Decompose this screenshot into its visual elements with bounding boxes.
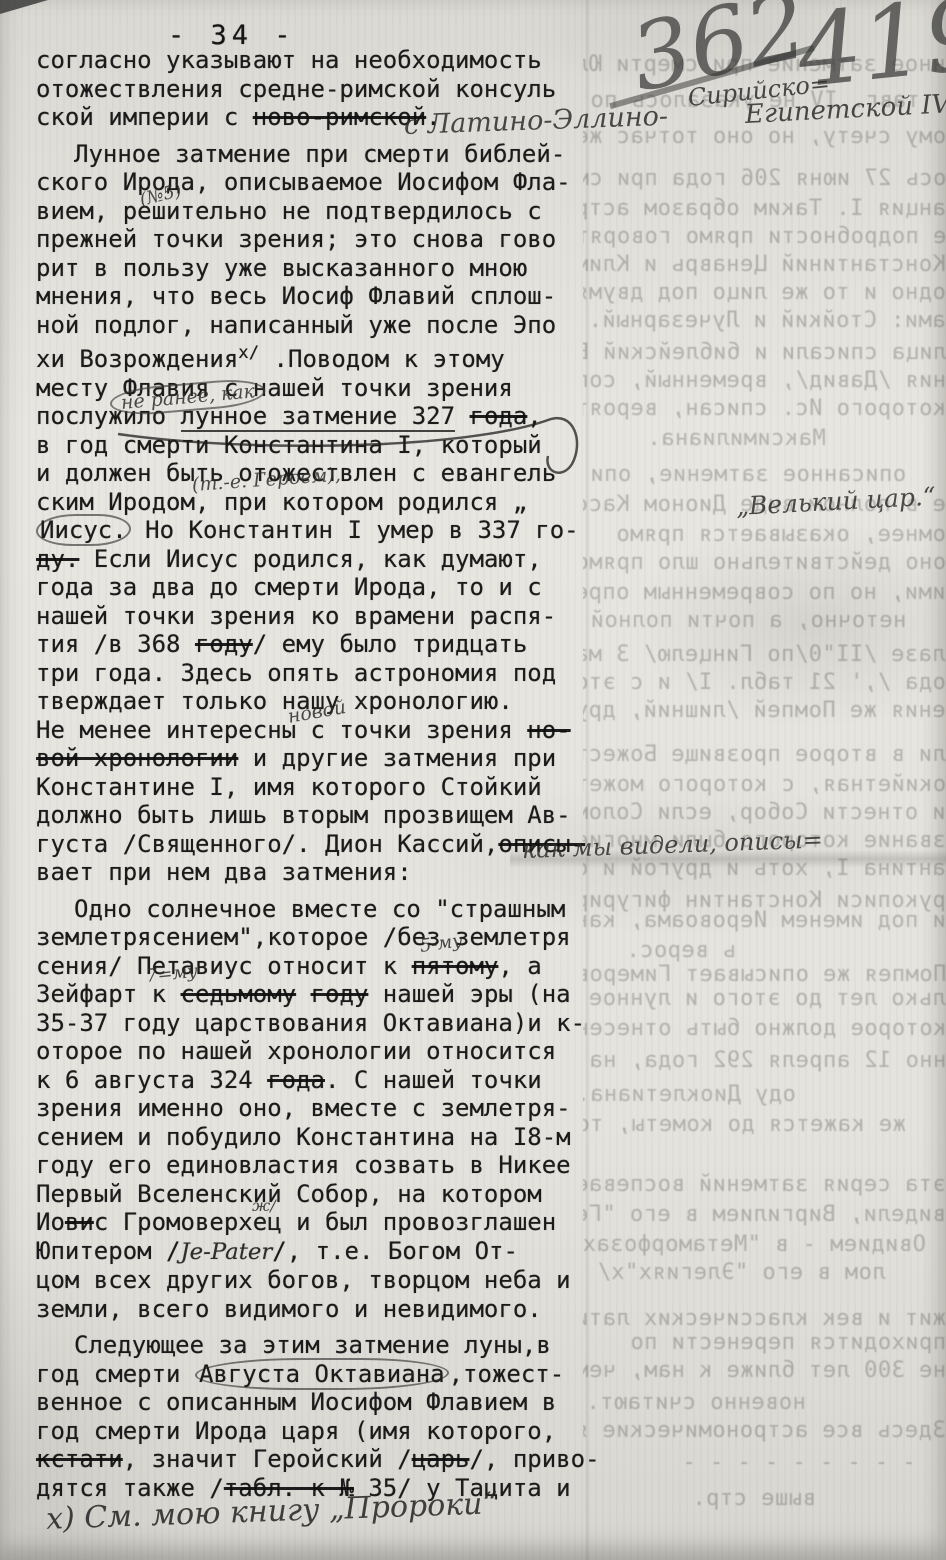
typed-line: году его единовластия созвать в Никее bbox=[36, 1151, 594, 1180]
bleedthrough-line: неточно, а почти полной ко bbox=[583, 608, 906, 633]
typed-line: землетрясением",которое /без землетря bbox=[36, 923, 594, 952]
typed-segment: отожествления средне-римской консуль bbox=[36, 75, 556, 103]
typed-segment: , bbox=[527, 402, 541, 430]
typed-segment-strike: года bbox=[470, 402, 528, 430]
bleedthrough-line: - - - - - - - - - bbox=[682, 1450, 916, 1475]
typed-line: ского Ирода, описываемое Иосифом Фла- bbox=[36, 168, 594, 197]
typed-segment: Если Иисус родился, как думают, bbox=[79, 545, 541, 573]
typed-segment: ,тожест- bbox=[449, 1360, 565, 1388]
typed-segment: в год смерти Константина I, который bbox=[36, 431, 542, 459]
bleedthrough-line: ли в второе прозвище Божественно bbox=[583, 742, 946, 767]
typed-line: вой хронологии и другие затмения при bbox=[36, 744, 594, 773]
typed-segment-strike: году bbox=[311, 980, 369, 1008]
bleedthrough-line: омнее, оказывается прямо bbox=[616, 522, 946, 547]
typed-segment: ской империи с bbox=[36, 103, 253, 131]
typed-segment: венное с описанным Иосифом Флавием в bbox=[36, 1388, 556, 1416]
typed-segment: Юпитером / bbox=[36, 1237, 181, 1265]
bleedthrough-line: лом в его "Элегиях"х/ bbox=[597, 1260, 886, 1285]
typed-line: Иовис Громоверхец и был провозглашен bbox=[36, 1208, 594, 1237]
typed-segment: должно быть лишь вторым прозвищем Ав- bbox=[36, 801, 571, 829]
typed-line: три года. Здесь опять астрономия под bbox=[36, 659, 594, 688]
typed-segment: Одно солнечное вместе со "страшным bbox=[74, 895, 565, 923]
bleedthrough-line: ения же Помпей /лишний, други bbox=[583, 698, 946, 723]
typed-segment-strike: но- bbox=[527, 716, 570, 744]
bleedthrough-line: Константиний Ценаврь и Клим I,е- bbox=[583, 252, 946, 277]
typed-segment: мнения, что весь Иосиф Флавий сплош- bbox=[36, 282, 556, 310]
typed-segment-strike: ново-римской bbox=[253, 103, 426, 131]
typed-segment: ским Иродом, при котором родился „ bbox=[36, 488, 527, 516]
typed-segment: прежней точки зрения; это снова гово bbox=[36, 225, 556, 253]
corner-shadow bbox=[0, 0, 48, 14]
typed-line: Зейфарт к седьмому году нашей эры (на bbox=[36, 980, 594, 1009]
typed-segment: месту Флавия с нашей точки зрения bbox=[36, 374, 513, 402]
typed-segment: землетрясением",которое /без землетря bbox=[36, 923, 571, 951]
bleedthrough-line: приходится перенести по bbox=[630, 1330, 946, 1355]
bleedthrough-line: не 300 лет ближе к нам, чем это bbox=[583, 1358, 946, 1383]
typed-segment: / ему было тридцать bbox=[253, 630, 528, 658]
bleedthrough-line: которое должно быть отнесено к bbox=[583, 1016, 946, 1041]
typed-segment: , а bbox=[498, 952, 541, 980]
typed-segment: рит в пользу уже высказанного мною bbox=[36, 254, 527, 282]
bleedthrough-line: эта серия затмений воспевает bbox=[583, 1172, 946, 1197]
typed-line: Юпитером /Je-Pater/, т.е. Богом От- bbox=[36, 1237, 594, 1267]
typed-segment: к 6 августа 324 bbox=[36, 1066, 267, 1094]
typed-line: ским Иродом, при котором родился „ bbox=[36, 488, 594, 517]
bleedthrough-line: е подробности прямо говорят за bbox=[583, 224, 946, 249]
typed-segment: Константине I, имя которого Стойкий bbox=[36, 773, 542, 801]
typed-line: Константине I, имя которого Стойкий bbox=[36, 773, 594, 802]
bleedthrough-line: лица списали и библейский Воз- bbox=[583, 340, 946, 365]
bleedthrough-line: ь верос. bbox=[626, 938, 736, 963]
bleedthrough-line: новенно считают. bbox=[586, 1390, 806, 1415]
handwritten-annotation: ж/ bbox=[252, 1196, 276, 1215]
typed-segment: .Поводом к этому bbox=[259, 345, 505, 373]
bleedthrough-line: оду Диоклетиана. bbox=[583, 1082, 796, 1107]
typed-segment-sup: х/ bbox=[238, 343, 259, 363]
bleedthrough-line: Помпея же описывает Гимеров за bbox=[583, 962, 946, 987]
typed-segment: Первый Вселенский Собор, на котором bbox=[36, 1180, 542, 1208]
typed-segment bbox=[296, 980, 310, 1008]
bleedthrough-line: анция I. Таким образом астрономи bbox=[583, 196, 946, 221]
typed-segment-strike: года bbox=[267, 1066, 325, 1094]
bleedthrough-line: и под именем Иеровоама, как осно bbox=[583, 908, 946, 933]
typed-segment: тия /в 368 bbox=[36, 630, 195, 658]
typed-segment-strike: царь bbox=[412, 1445, 470, 1473]
typed-segment-strike: ви bbox=[65, 1208, 94, 1236]
typed-line: отожествления средне-римской консуль bbox=[36, 75, 594, 104]
typed-segment-strike: году bbox=[195, 630, 253, 658]
typed-segment: сения/ Петавиус относит к bbox=[36, 952, 412, 980]
typed-line: ной подлог, написанный уже после Эпо bbox=[36, 311, 594, 340]
bleedthrough-line: одно и то же лицо под двумя про- bbox=[583, 280, 946, 305]
bleedthrough-line: нно 12 апреля 292 года, на вос bbox=[583, 1048, 946, 1073]
typed-segment: ского Ирода, описываемое Иосифом Фла- bbox=[36, 168, 571, 196]
bleedthrough-line: лько лет до этого и лунное затме bbox=[583, 986, 946, 1011]
bleedthrough-line: окийетная, с которого может быт bbox=[583, 772, 946, 797]
bleedthrough-line: ось 27 июня 206 года при смерт bbox=[583, 166, 946, 191]
typed-line: кстати, значит Геройский /царь/, приво- bbox=[36, 1445, 594, 1474]
typed-segment-circle: Иисус. bbox=[36, 514, 131, 546]
typed-line: 35-37 году царствования Октавиана)и к- bbox=[36, 1009, 594, 1038]
typed-line: земли, всего видимого и невидимого. bbox=[36, 1295, 594, 1324]
typed-segment: земли, всего видимого и невидимого. bbox=[36, 1295, 542, 1323]
typed-segment: нашей точки зрения ко врамени распя- bbox=[36, 602, 556, 630]
bleedthrough-line: ами: Стойкий и Лучезарный. С это- bbox=[583, 308, 946, 333]
bleedthrough-line: описанное затмение, опи bbox=[590, 462, 906, 487]
bleedthrough-line: жит и век классических латинских bbox=[583, 1306, 946, 1331]
bleedthrough-text-layer: нное затмение при смерти Юлиатавг. IV не… bbox=[583, 0, 946, 1560]
bleedthrough-line: Максимилиана. bbox=[647, 426, 826, 451]
typed-segment: зрения именно оно, вместе с землетря- bbox=[36, 1094, 571, 1122]
typed-line: сения/ Петавиус относит к пятому, а bbox=[36, 952, 594, 981]
typed-line: вием, решительно не подтвердилось с bbox=[36, 197, 594, 226]
typed-segment: с Громоверхец и был провозглашен bbox=[94, 1208, 556, 1236]
bleedthrough-line: ими, но по современным определени bbox=[583, 580, 946, 605]
typed-segment: . С нашей точки bbox=[325, 1066, 542, 1094]
typed-segment: , значит Геройский / bbox=[123, 1445, 412, 1473]
typed-line: ду. Если Иисус родился, как думают, bbox=[36, 545, 594, 574]
typed-line: в год смерти Константина I, который bbox=[36, 431, 594, 460]
typed-text-column: согласно указывают на необходимостьотоже… bbox=[36, 46, 594, 1502]
typed-segment: вием, решительно не подтвердилось с bbox=[36, 197, 542, 225]
typed-segment: и другие затмения при bbox=[238, 744, 556, 772]
bleedthrough-line: же кажется до кометы, то bbox=[583, 1112, 906, 1137]
typed-line: сением и побудило Константина на I8-м bbox=[36, 1123, 594, 1152]
typed-segment: сением и побудило Константина на I8-м bbox=[36, 1123, 571, 1151]
typed-line: густа /Священного/. Дион Кассий,описы- bbox=[36, 830, 594, 859]
typed-segment-strike: вой хронологии bbox=[36, 744, 238, 772]
typed-line: согласно указывают на необходимость bbox=[36, 46, 594, 75]
typed-segment-circle: Августа Октавиана bbox=[195, 1358, 449, 1390]
typed-segment: Лунное затмение при смерти библей- bbox=[74, 140, 565, 168]
bleedthrough-line: ода /,' 21 табл. I/ и с этой точ bbox=[583, 670, 946, 695]
bleedthrough-line: Овидием - в "Метаморфозах" и bbox=[583, 1232, 926, 1257]
typed-segment: Не менее интересны с точки зрения bbox=[36, 716, 527, 744]
typed-line: рит в пользу уже высказанного мною bbox=[36, 254, 594, 283]
typed-line: нашей точки зрения ко врамени распя- bbox=[36, 602, 594, 631]
typed-segment: году его единовластия созвать в Никее bbox=[36, 1151, 571, 1179]
typed-line: цом всех других богов, творцом неба и bbox=[36, 1266, 594, 1295]
typed-line: прежней точки зрения; это снова гово bbox=[36, 225, 594, 254]
typed-line: Первый Вселенский Собор, на котором bbox=[36, 1180, 594, 1209]
typed-segment: Следующее за этим затмение луны,в bbox=[74, 1331, 551, 1359]
typed-line: оторое по нашей хронологии относится bbox=[36, 1037, 594, 1066]
bleedthrough-line: и отнести Собор, если Соломон bbox=[583, 800, 946, 825]
typed-segment: согласно указывают на необходимость bbox=[36, 46, 542, 74]
typed-segment: Ио bbox=[36, 1208, 65, 1236]
typed-line: Иисус. Но Константин I умер в 337 го- bbox=[36, 516, 594, 545]
bleedthrough-line: которого Ис. списан, вероят bbox=[583, 396, 946, 421]
typed-line: Лунное затмение при смерти библей- bbox=[36, 140, 594, 169]
typed-line: венное с описанным Иосифом Флавием в bbox=[36, 1388, 594, 1417]
typed-line: года за два до смерти Ирода, то и с bbox=[36, 573, 594, 602]
typed-line: год смерти Ирода царя (имя которого, bbox=[36, 1417, 594, 1446]
typed-line: хи Возрождениях/ .Поводом к этому bbox=[36, 339, 594, 374]
typed-line: Одно солнечное вместе со "страшным bbox=[36, 895, 594, 924]
typed-segment: тверждает только нашу хронологию. bbox=[36, 687, 513, 715]
typed-line: должно быть лишь вторым прозвищем Ав- bbox=[36, 801, 594, 830]
typed-line: тия /в 368 году/ ему было тридцать bbox=[36, 630, 594, 659]
bleedthrough-line: оно действительно шло прямо bbox=[583, 550, 946, 575]
bleedthrough-line: ния /Давид/, временный, сопрол- bbox=[583, 368, 946, 393]
typed-segment: год смерти bbox=[36, 1360, 195, 1388]
bleedthrough-line: видели, Виргилием в его "Геор bbox=[583, 1202, 946, 1227]
typed-segment-strike: кстати bbox=[36, 1445, 123, 1473]
typed-segment bbox=[455, 402, 469, 430]
typed-line: зрения именно оно, вместе с землетря- bbox=[36, 1094, 594, 1123]
typed-segment: Но Константин I умер в 337 го- bbox=[131, 516, 579, 544]
typed-segment: оторое по нашей хронологии относится bbox=[36, 1037, 556, 1065]
typed-segment: /, приво- bbox=[469, 1445, 599, 1473]
typed-line: к 6 августа 324 года. С нашей точки bbox=[36, 1066, 594, 1095]
typed-line: Следующее за этим затмение луны,в bbox=[36, 1331, 594, 1360]
typed-segment-strike: ду. bbox=[36, 545, 79, 573]
typed-segment-strike: седьмому bbox=[181, 980, 297, 1008]
typed-segment: три года. Здесь опять астрономия под bbox=[36, 659, 556, 687]
typed-segment: /, т.е. Богом От- bbox=[272, 1237, 518, 1265]
typed-segment: вает при нем два затмения: bbox=[36, 858, 412, 886]
typed-segment: год смерти Ирода царя (имя которого, bbox=[36, 1417, 556, 1445]
typed-segment: года за два до смерти Ирода, то и с bbox=[36, 573, 542, 601]
typed-segment: нашей эры (на bbox=[368, 980, 570, 1008]
typed-segment: хи Возрождения bbox=[36, 345, 238, 373]
typed-segment: густа /Священного/. Дион Кассий, bbox=[36, 830, 498, 858]
typed-line: год смерти Августа Октавиана,тожест- bbox=[36, 1360, 594, 1389]
document-page: нное затмение при смерти Юлиатавг. IV не… bbox=[0, 0, 946, 1560]
bleedthrough-line: лазе /II"0/по Гинцелю/ 3 март bbox=[583, 642, 946, 667]
typed-segment: цом всех других богов, творцом неба и bbox=[36, 1266, 571, 1294]
typed-segment: ной подлог, написанный уже после Эпо bbox=[36, 311, 556, 339]
typed-segment-hand-inline: Je-Pater bbox=[181, 1239, 273, 1265]
typed-line: мнения, что весь Иосиф Флавий сплош- bbox=[36, 282, 594, 311]
bleedthrough-line: Здесь все астрономические явления bbox=[583, 1418, 946, 1443]
typed-segment: 35-37 году царствования Октавиана)и к- bbox=[36, 1009, 585, 1037]
typed-line: вает при нем два затмения: bbox=[36, 858, 594, 887]
bleedthrough-line: выше стр. bbox=[692, 1486, 816, 1511]
